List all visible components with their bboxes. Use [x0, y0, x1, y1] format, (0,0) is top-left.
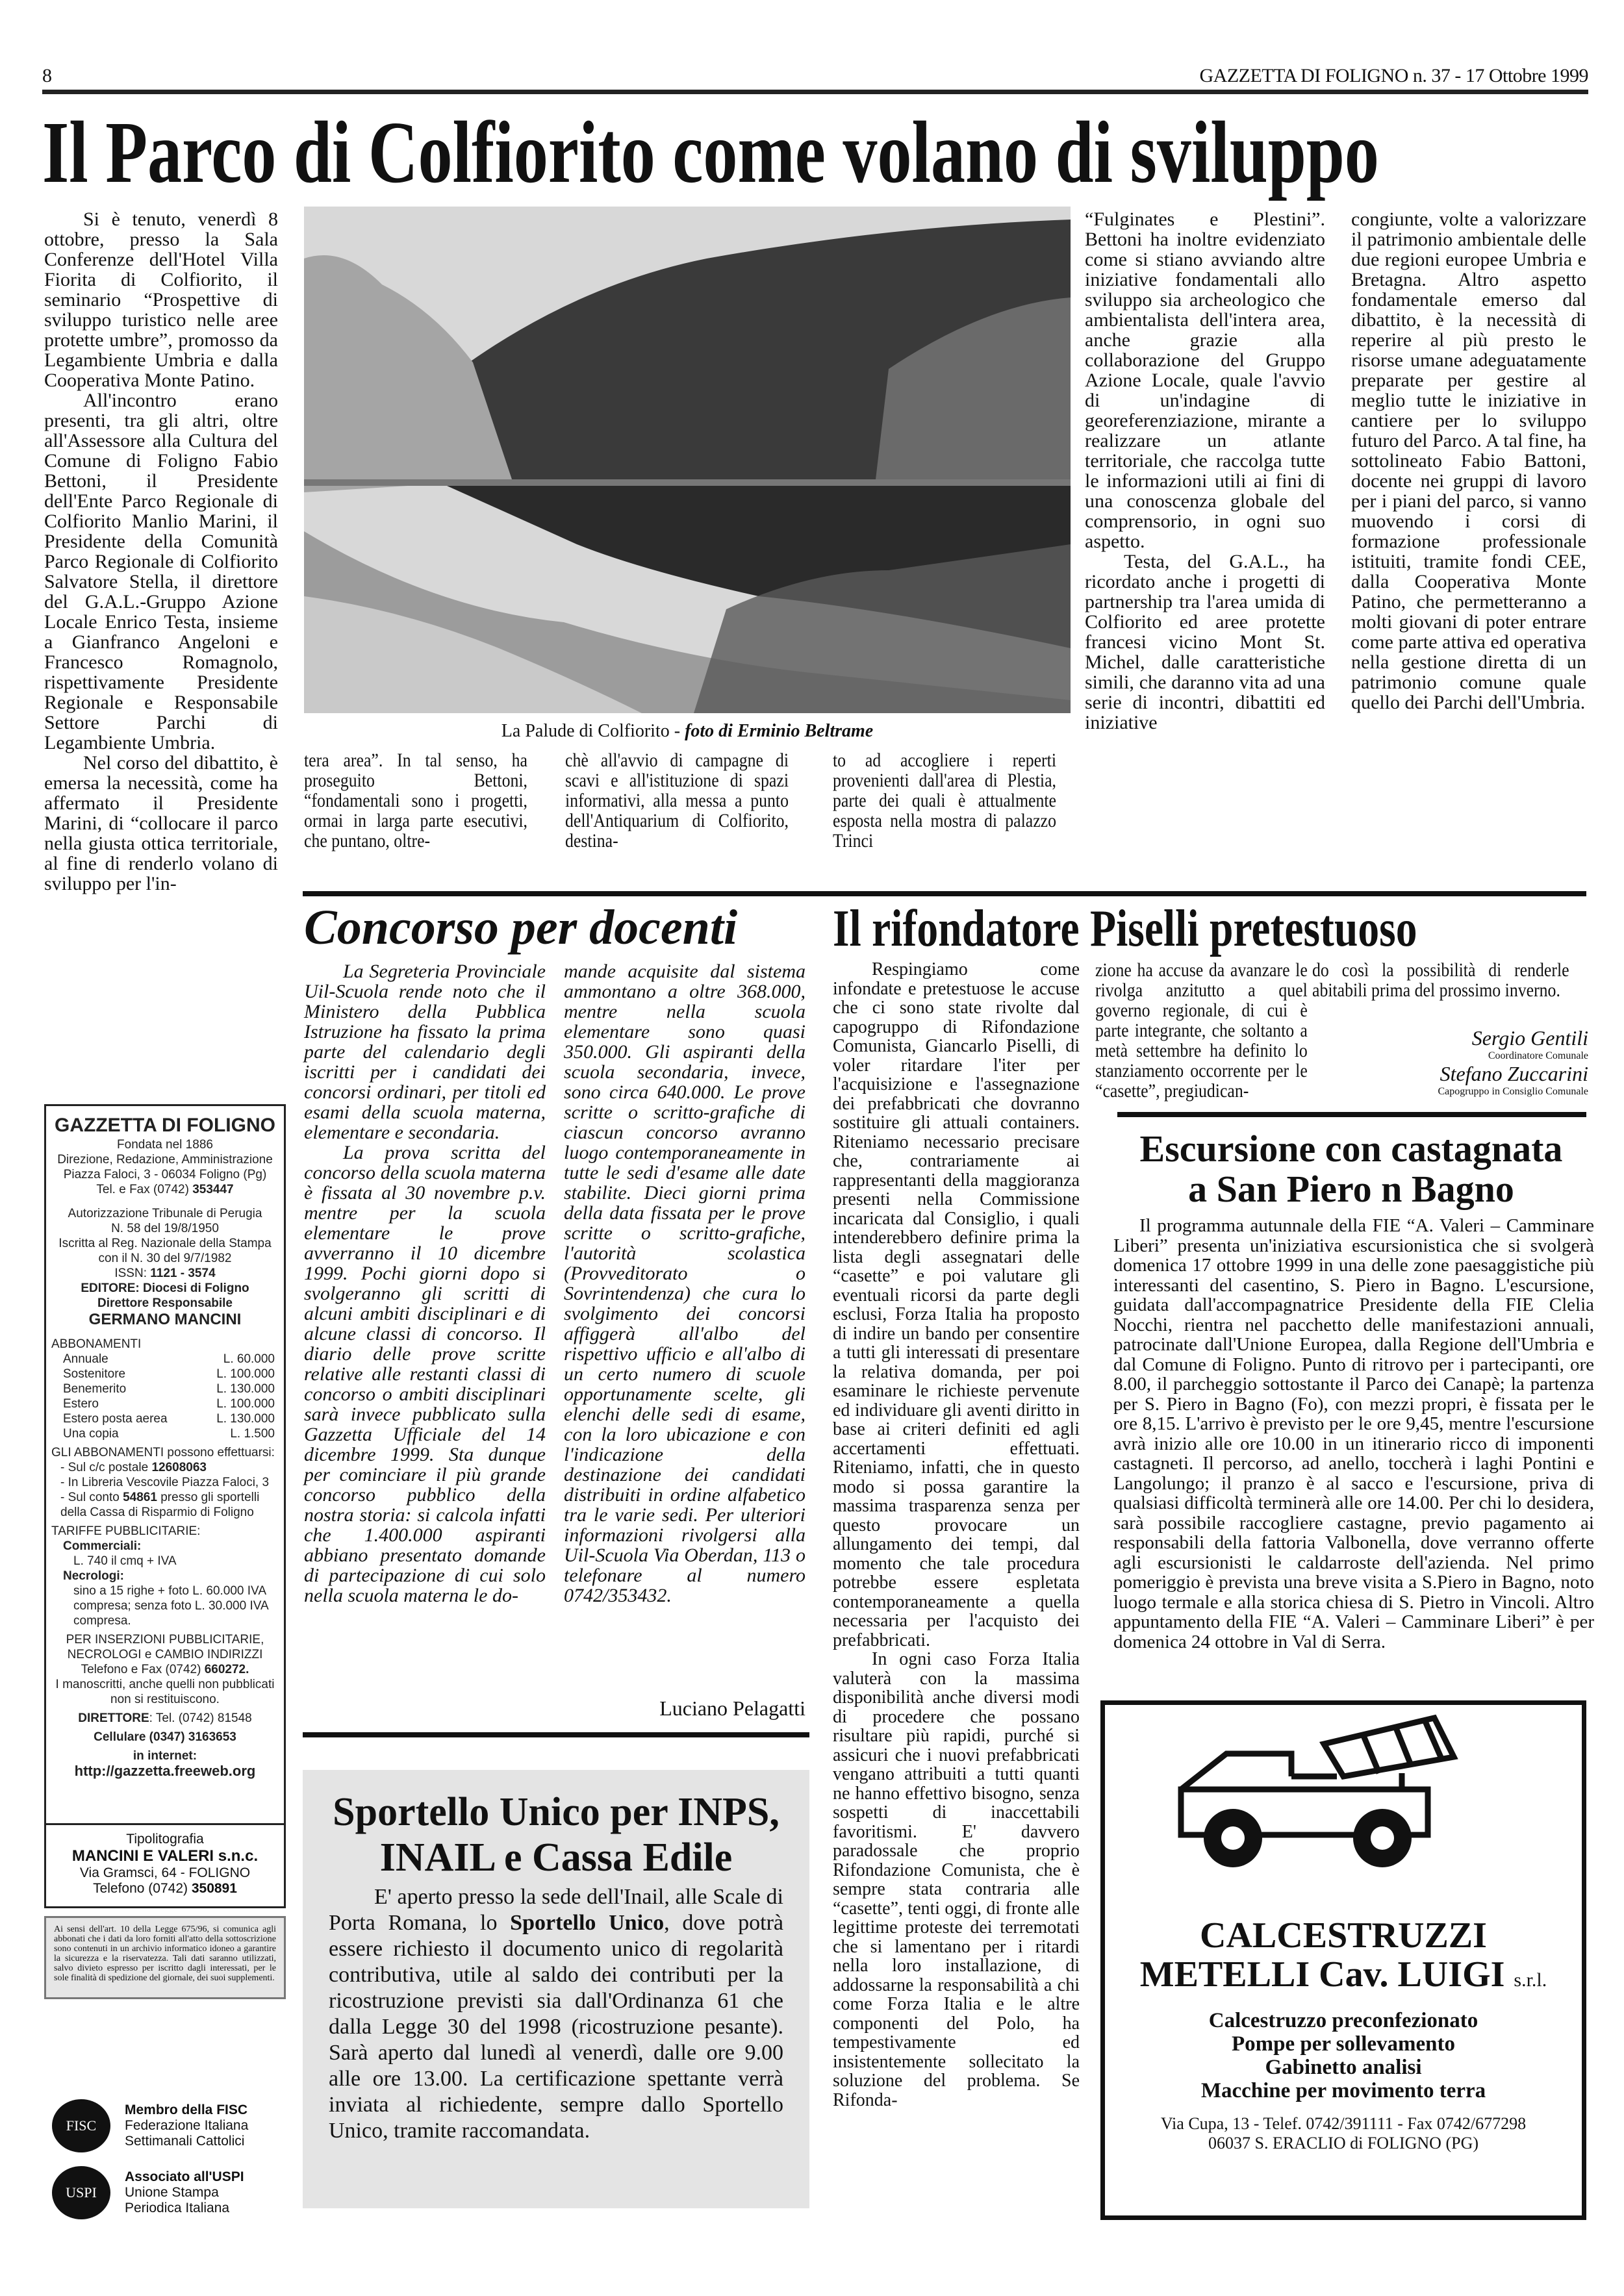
privacy-notice: Ai sensi dell'art. 10 della Legge 675/96…: [44, 1916, 286, 1999]
uspi-membership: USPI Associato all'USPI Unione Stampa Pe…: [52, 2166, 286, 2219]
lead-article-column-2: tera area”. In tal senso, ha proseguito …: [304, 750, 527, 851]
piselli-headline: Il rifondatore Piselli pretestuoso: [833, 900, 1417, 959]
director-phone-label: DIRETTORE: [78, 1711, 149, 1725]
paragraph: All'incontro erano presenti, tra gli alt…: [44, 390, 278, 753]
subscription-type: Estero posta aerea: [63, 1411, 168, 1426]
company-name-line1: CALCESTRUZZI: [1105, 1916, 1582, 1955]
subscription-type: Una copia: [63, 1426, 119, 1441]
headline-line: Sportello Unico per INPS,: [329, 1789, 783, 1835]
signature-role: Capogruppo in Consiglio Comunale: [1312, 1086, 1588, 1098]
commercial-label: Commerciali:: [51, 1539, 279, 1554]
lead-article-column-3: chè all'avvio di campagne di scavi e all…: [565, 750, 789, 851]
lead-headline: Il Parco di Colfiorito come volano di sv…: [42, 104, 1588, 201]
association-line: Unione Stampa: [125, 2185, 244, 2201]
telephone: Tel. e Fax (0742) 353447: [51, 1182, 279, 1197]
masthead-title: GAZZETTA DI FOLIGNO: [51, 1114, 279, 1137]
phone-number: 660272.: [205, 1663, 249, 1676]
publication-line: GAZZETTA DI FOLIGNO n. 37 - 17 Ottobre 1…: [1199, 65, 1588, 87]
concorso-column-2: mande acquisite dal sistema ammontano a …: [564, 961, 806, 1606]
services-list: Calcestruzzo preconfezionato Pompe per s…: [1105, 2009, 1582, 2102]
page-number: 8: [42, 65, 52, 87]
printer-name: MANCINI E VALERI s.n.c.: [46, 1847, 284, 1865]
subscription-price: L. 1.500: [230, 1426, 275, 1441]
section-divider: [303, 891, 1586, 896]
authorization: N. 58 del 19/8/1950: [51, 1221, 279, 1236]
printer-box: Tipolitografia MANCINI E VALERI s.n.c. V…: [44, 1825, 286, 1908]
lead-article-column-5: “Fulginates e Plestini”. Bettoni ha inol…: [1085, 209, 1325, 733]
service-item: Pompe per sollevamento: [1105, 2032, 1582, 2056]
registration: con il N. 30 del 9/7/1982: [51, 1251, 279, 1266]
association-text: Associato all'USPI Unione Stampa Periodi…: [125, 2169, 244, 2216]
section-divider: [1117, 1112, 1586, 1117]
masthead-box: GAZZETTA DI FOLIGNO Fondata nel 1886 Dir…: [44, 1104, 286, 1825]
association-line: Periodica Italiana: [125, 2201, 244, 2216]
signature-name: Sergio Gentili: [1312, 1026, 1588, 1050]
printer-address: Via Gramsci, 64 - FOLIGNO: [46, 1865, 284, 1881]
printer-phone: Telefono (0742) 350891: [46, 1881, 284, 1897]
photo-caption: La Palude di Colfiorito - foto di Ermini…: [304, 721, 1071, 742]
caption-text: La Palude di Colfiorito -: [501, 721, 685, 741]
address: Piazza Faloci, 3 - 06034 Foligno (Pg): [51, 1167, 279, 1182]
subscription-price: L. 60.000: [223, 1352, 275, 1367]
issn: ISSN: 1121 - 3574: [51, 1266, 279, 1281]
founded: Fondata nel 1886: [51, 1137, 279, 1152]
payment-text: - Sul c/c postale: [60, 1461, 151, 1474]
service-item: Calcestruzzo preconfezionato: [1105, 2009, 1582, 2032]
lead-article-column-1: Si è tenuto, venerdì 8 ottobre, presso l…: [44, 209, 278, 894]
offices: Direzione, Redazione, Amministrazione: [51, 1152, 279, 1167]
issn-number: 1121 - 3574: [150, 1267, 215, 1280]
signature-role: Coordinatore Comunale: [1312, 1050, 1588, 1062]
concorso-author: Luciano Pelagatti: [564, 1697, 806, 1721]
subscription-type: Benemerito: [63, 1381, 126, 1396]
body-text: , dove potrà essere richiesto il documen…: [329, 1911, 783, 2143]
paragraph: “Fulginates e Plestini”. Bettoni ha inol…: [1085, 209, 1325, 551]
association-text: Membro della FISC Federazione Italiana S…: [125, 2102, 248, 2149]
sportello-box: Sportello Unico per INPS, INAIL e Cassa …: [303, 1770, 809, 2208]
company-suffix: s.r.l.: [1514, 1969, 1547, 1991]
piselli-column-2: zione ha accuse da avanzare le rivolga a…: [1095, 960, 1308, 1101]
subscription-row: Una copiaL. 1.500: [51, 1426, 279, 1441]
subscription-type: Annuale: [63, 1352, 108, 1367]
tel-number: 353447: [192, 1183, 233, 1196]
mobile-phone: Cellulare (0347) 3163653: [51, 1730, 279, 1745]
payment-account: 12608063: [151, 1461, 207, 1474]
lake-photo: [304, 207, 1071, 713]
subscription-price: L. 130.000: [216, 1381, 275, 1396]
paragraph: Si è tenuto, venerdì 8 ottobre, presso l…: [44, 209, 278, 390]
obituary-label: Necrologi:: [51, 1569, 279, 1583]
header-rule: [42, 90, 1588, 94]
subscription-row: SostenitoreL. 100.000: [51, 1367, 279, 1381]
inserts-phone: Telefono e Fax (0742) 660272.: [51, 1662, 279, 1677]
section-divider: [303, 1732, 809, 1737]
address-line: 06037 S. ERACLIO di FOLIGNO (PG): [1105, 2134, 1582, 2153]
phone-label: Telefono (0742): [93, 1881, 192, 1896]
phone-label: Telefono e Fax (0742): [81, 1663, 205, 1676]
director-label: Direttore Responsabile: [51, 1296, 279, 1311]
authorization: Autorizzazione Tribunale di Perugia: [51, 1206, 279, 1221]
subscription-price: L. 130.000: [216, 1411, 275, 1426]
phone-number: 350891: [192, 1881, 237, 1896]
manuscripts-note: I manoscritti, anche quelli non pubblica…: [51, 1677, 279, 1707]
obituary-rate: sino a 15 righe + foto L. 60.000 IVA com…: [51, 1583, 279, 1628]
body-bold-text: Sportello Unico: [510, 1911, 664, 1935]
advertisement-box: CALCESTRUZZI METELLI Cav. LUIGI s.r.l. C…: [1100, 1700, 1586, 2220]
paragraph: Nel corso del dibattito, è emersa la nec…: [44, 753, 278, 894]
fisc-membership: FISC Membro della FISC Federazione Itali…: [52, 2099, 286, 2152]
tel-label: Tel. e Fax (0742): [96, 1183, 192, 1196]
lead-article-column-6: congiunte, volte a valorizzare il patrim…: [1351, 209, 1586, 713]
concrete-mixer-truck-icon: [1161, 1711, 1525, 1906]
inserts-info: NECROLOGI e CAMBIO INDIRIZZI: [51, 1647, 279, 1662]
association-title: Membro della FISC: [125, 2102, 248, 2118]
signature-name: Stefano Zuccarini: [1312, 1062, 1588, 1086]
paragraph: Testa, del G.A.L., ha ricordato anche i …: [1085, 551, 1325, 733]
piselli-column-3: do così la possibilità di renderle abita…: [1312, 960, 1569, 1000]
headline-line: Escursione con castagnata: [1104, 1129, 1598, 1169]
headline-line: a San Piero n Bagno: [1104, 1169, 1598, 1209]
fisc-logo-icon: FISC: [52, 2099, 110, 2152]
sportello-body: E' aperto presso la sede dell'Inail, all…: [329, 1884, 783, 2144]
subscription-type: Estero: [63, 1396, 99, 1411]
association-title: Associato all'USPI: [125, 2169, 244, 2185]
payment-title: GLI ABBONAMENTI possono effettuarsi:: [51, 1445, 279, 1460]
subscription-row: Estero posta aereaL. 130.000: [51, 1411, 279, 1426]
concorso-column-1: La Segreteria Provinciale Uil-Scuola ren…: [304, 961, 546, 1606]
sportello-headline: Sportello Unico per INPS, INAIL e Cassa …: [329, 1789, 783, 1880]
lead-article-column-4: to ad accogliere i reperti provenienti d…: [833, 750, 1056, 851]
director-phone: DIRETTORE: Tel. (0742) 81548: [51, 1711, 279, 1726]
subscription-type: Sostenitore: [63, 1367, 125, 1381]
service-item: Macchine per movimento terra: [1105, 2079, 1582, 2102]
association-line: Settimanali Cattolici: [125, 2134, 248, 2149]
payment-option: - Sul c/c postale 12608063: [51, 1460, 279, 1475]
headline-line: INAIL e Cassa Edile: [329, 1835, 783, 1880]
printer-label: Tipolitografia: [46, 1832, 284, 1847]
subscriptions-title: ABBONAMENTI: [51, 1337, 279, 1352]
subscription-price: L. 100.000: [216, 1396, 275, 1411]
payment-option: - In Libreria Vescovile Piazza Faloci, 3: [51, 1475, 279, 1490]
paragraph: Respingiamo come infondate e pretestuose…: [833, 960, 1080, 1650]
association-line: Federazione Italiana: [125, 2118, 248, 2134]
address-line: Via Cupa, 13 - Telef. 0742/391111 - Fax …: [1105, 2114, 1582, 2134]
editor: EDITORE: Diocesi di Foligno: [51, 1281, 279, 1296]
registration: Iscritta al Reg. Nazionale della Stampa: [51, 1236, 279, 1251]
escursione-headline: Escursione con castagnata a San Piero n …: [1104, 1129, 1598, 1209]
rates-title: TARIFFE PUBBLICITARIE:: [51, 1524, 279, 1539]
subscription-row: BenemeritoL. 130.000: [51, 1381, 279, 1396]
landscape-photo-icon: [304, 207, 1071, 713]
subscription-row: AnnualeL. 60.000: [51, 1352, 279, 1367]
company-name-line2: METELLI Cav. LUIGI s.r.l.: [1105, 1955, 1582, 2000]
internet-label: in internet:: [51, 1748, 279, 1763]
paragraph: La prova scritta del concorso della scuo…: [304, 1142, 546, 1606]
company-address: Via Cupa, 13 - Telef. 0742/391111 - Fax …: [1105, 2114, 1582, 2153]
website-link[interactable]: http://gazzetta.freeweb.org: [51, 1763, 279, 1778]
service-item: Gabinetto analisi: [1105, 2056, 1582, 2079]
commercial-rate: L. 740 il cmq + IVA: [51, 1554, 279, 1569]
photo-credit: foto di Erminio Beltrame: [685, 721, 873, 741]
paragraph: In ogni caso Forza Italia valuterà con l…: [833, 1650, 1080, 2110]
paragraph: La Segreteria Provinciale Uil-Scuola ren…: [304, 961, 546, 1142]
concorso-headline: Concorso per docenti: [304, 900, 737, 956]
subscription-row: EsteroL. 100.000: [51, 1396, 279, 1411]
payment-option: - Sul conto 54861 presso gli sportelli d…: [51, 1490, 279, 1520]
director-phone-number: : Tel. (0742) 81548: [149, 1711, 252, 1725]
subscription-price: L. 100.000: [216, 1367, 275, 1381]
piselli-column-1: Respingiamo come infondate e pretestuose…: [833, 960, 1080, 2110]
payment-text: - Sul conto: [60, 1491, 123, 1504]
uspi-logo-icon: USPI: [52, 2166, 110, 2219]
escursione-body: Il programma autunnale della FIE “A. Val…: [1113, 1216, 1594, 1652]
piselli-signatures: Sergio Gentili Coordinatore Comunale Ste…: [1312, 1026, 1588, 1098]
inserts-info: PER INSERZIONI PUBBLICITARIE,: [51, 1632, 279, 1647]
payment-account: 54861: [123, 1491, 157, 1504]
director-name: GERMANO MANCINI: [51, 1311, 279, 1329]
issn-label: ISSN:: [114, 1267, 150, 1280]
company-name: METELLI Cav. LUIGI: [1140, 1954, 1505, 1995]
